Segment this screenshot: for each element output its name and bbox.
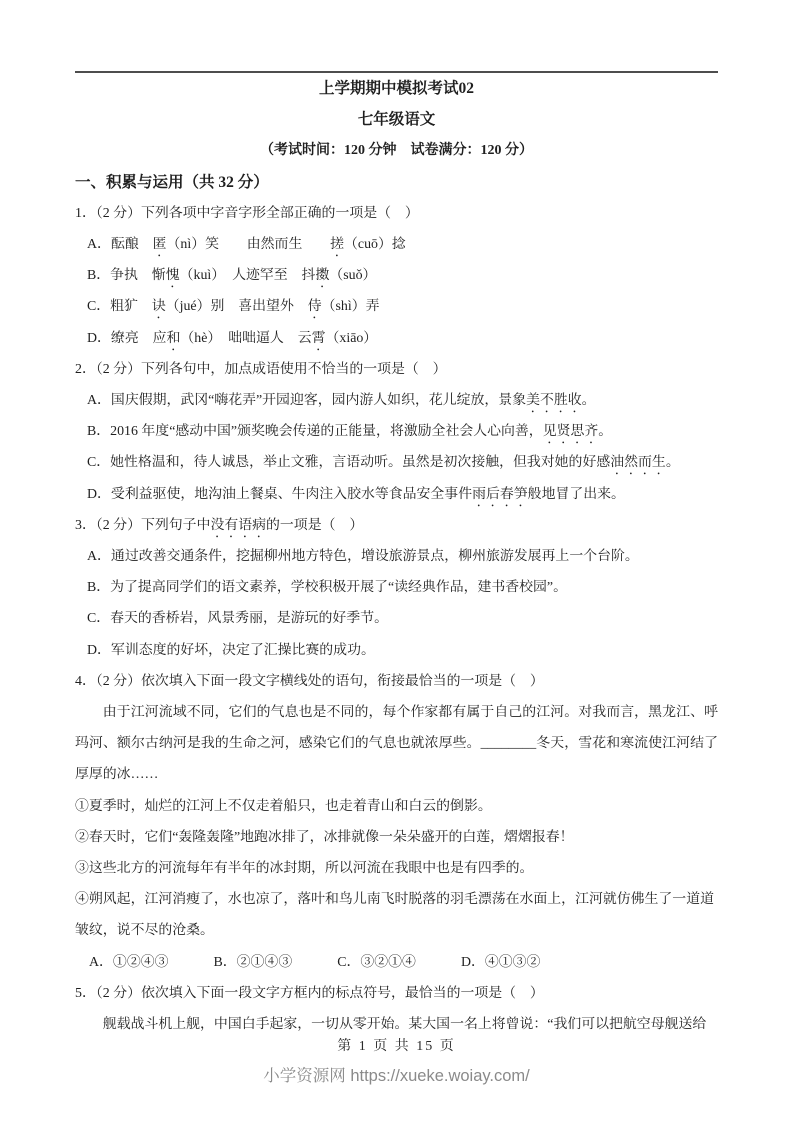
text-run: C．粗犷	[87, 299, 152, 314]
q1-option-a: A．酝酿 匿（nì）笑 由然而生 搓（cuō）捻	[75, 229, 718, 260]
q4-stem: 4．（2 分）依次填入下面一段文字横线处的语句，衔接最恰当的一项是（ ）	[75, 666, 718, 697]
text-run: 2．（2 分）下列各句中，加点成语使用不恰当的一项是（ ）	[75, 362, 447, 377]
emphasized-text: 侍	[308, 299, 322, 314]
text-run: 的一项是（ ）	[266, 518, 363, 533]
text-run: D．缭亮 应	[87, 331, 167, 346]
emphasized-text: 雨后春笋	[472, 487, 528, 502]
text-run: 。	[666, 455, 680, 470]
q1-stem: 1．（2 分）下列各项中字音字形全部正确的一项是（ ）	[75, 198, 718, 229]
text-run: 。	[582, 393, 596, 408]
text-run: （suǒ）	[329, 268, 376, 283]
text-run: （nì）笑 由然而生	[167, 237, 331, 252]
text-run: B．为了提高同学们的语文素养，学校积极开展了“读经典作品，建书香校园”。	[87, 580, 567, 595]
option-item: B．②①④③	[214, 947, 293, 978]
text-run: （jué）别 喜出望外	[166, 299, 308, 314]
emphasized-text: 油然而生	[610, 455, 666, 470]
q2-stem: 2．（2 分）下列各句中，加点成语使用不恰当的一项是（ ）	[75, 354, 718, 385]
q3-option-d: D．军训态度的好坏，决定了汇操比赛的成功。	[75, 635, 718, 666]
emphasized-text: 美不胜收	[526, 393, 582, 408]
exam-paper-page: 上学期期中模拟考试02 七年级语文 （考试时间：120 分钟 试卷满分：120 …	[0, 0, 793, 1122]
text-run: 5．（2 分）依次填入下面一段文字方框内的标点符号，最恰当的一项是（ ）	[75, 986, 544, 1001]
exam-title: 上学期期中模拟考试02	[75, 73, 718, 104]
q4-sentence-3: ③这些北方的河流每年有半年的冰封期，所以河流在我眼中也是有四季的。	[75, 853, 718, 884]
q2-option-d: D．受利益驱使，地沟油上餐桌、牛肉注入胶水等食品安全事件雨后春笋般地冒了出来。	[75, 479, 718, 510]
text-run: 。	[598, 424, 612, 439]
text-run: 4．（2 分）依次填入下面一段文字横线处的语句，衔接最恰当的一项是（ ）	[75, 674, 544, 689]
emphasized-text: 诀	[152, 299, 166, 314]
emphasized-text: 搓	[330, 237, 344, 252]
q4-sentence-1: ①夏季时，灿烂的江河上不仅走着船只，也走着青山和白云的倒影。	[75, 791, 718, 822]
text-run: 般地冒了出来。	[528, 487, 625, 502]
text-run: C．她性格温和，待人诚恳，举止文雅，言语动听。虽然是初次接触，但我对她的好感	[87, 455, 610, 470]
text-run: 舰载战斗机上舰，中国白手起家，一切从零开始。某大国一名上将曾说：“我们可以把航空…	[103, 1017, 706, 1032]
q4-sentence-2: ②春天时，它们“轰隆轰隆”地跑冰排了，冰排就像一朵朵盛开的白莲，熠熠报春！	[75, 822, 718, 853]
q4-sentence-4: ④朔风起，江河消瘦了，水也凉了，落叶和鸟儿南飞时脱落的羽毛漂荡在水面上，江河就仿…	[75, 884, 718, 946]
emphasized-text: 匿	[153, 237, 167, 252]
text-run: 1．（2 分）下列各项中字音字形全部正确的一项是（ ）	[75, 206, 419, 221]
option-item: C．③②①④	[337, 947, 416, 978]
site-watermark: 小学资源网 https://xueke.woiay.com/	[0, 1062, 793, 1086]
q3-option-a: A．通过改善交通条件，挖掘柳州地方特色，增设旅游景点，柳州旅游发展再上一个台阶。	[75, 541, 718, 572]
q1-option-d: D．缭亮 应和（hè） 咄咄逼人 云霄（xiāo）	[75, 323, 718, 354]
text-run: 由于江河流域不同，它们的气息也是不同的，每个作家都有属于自己的江河。对我而言，黑…	[75, 705, 718, 782]
q3-option-c: C．春天的香桥岩，风景秀丽，是游玩的好季节。	[75, 603, 718, 634]
text-run: C．春天的香桥岩，风景秀丽，是游玩的好季节。	[87, 611, 388, 626]
text-run: （cuō）捻	[344, 237, 406, 252]
option-item: D．④①③②	[461, 947, 541, 978]
text-run: ②春天时，它们“轰隆轰隆”地跑冰排了，冰排就像一朵朵盛开的白莲，熠熠报春！	[75, 830, 574, 845]
q2-option-c: C．她性格温和，待人诚恳，举止文雅，言语动听。虽然是初次接触，但我对她的好感油然…	[75, 447, 718, 478]
section-heading: 一、积累与运用（共 32 分）	[75, 167, 718, 198]
exam-subject: 七年级语文	[75, 104, 718, 135]
emphasized-text: 没有语病	[210, 518, 266, 533]
text-run: ①夏季时，灿烂的江河上不仅走着船只，也走着青山和白云的倒影。	[75, 799, 492, 814]
q2-option-b: B．2016 年度“感动中国”颁奖晚会传递的正能量，将激励全社会人心向善，见贤思…	[75, 416, 718, 447]
q5-stem: 5．（2 分）依次填入下面一段文字方框内的标点符号，最恰当的一项是（ ）	[75, 978, 718, 1009]
text-run: 3．（2 分）下列句子中	[75, 518, 210, 533]
question-body: 1．（2 分）下列各项中字音字形全部正确的一项是（ ）A．酝酿 匿（nì）笑 由…	[75, 198, 718, 1040]
text-run: B．争执 惭	[87, 268, 166, 283]
option-item: A．①②④③	[89, 947, 169, 978]
emphasized-text: 霄	[312, 331, 326, 346]
q4-options-row: A．①②④③B．②①④③C．③②①④D．④①③②	[75, 947, 718, 978]
text-run: （hè） 咄咄逼人 云	[180, 331, 311, 346]
q3-option-b: B．为了提高同学们的语文素养，学校积极开展了“读经典作品，建书香校园”。	[75, 572, 718, 603]
text-run: B．2016 年度“感动中国”颁奖晚会传递的正能量，将激励全社会人心向善，	[87, 424, 543, 439]
q1-option-c: C．粗犷 诀（jué）别 喜出望外 侍（shì）弄	[75, 291, 718, 322]
text-run: D．军训态度的好坏，决定了汇操比赛的成功。	[87, 643, 375, 658]
q3-stem: 3．（2 分）下列句子中没有语病的一项是（ ）	[75, 510, 718, 541]
exam-meta: （考试时间：120 分钟 试卷满分：120 分）	[75, 135, 718, 166]
text-run: A．国庆假期，武冈“嗨花弄”开园迎客，园内游人如织，花儿绽放，景象	[87, 393, 526, 408]
text-run: （shì）弄	[322, 299, 380, 314]
q2-option-a: A．国庆假期，武冈“嗨花弄”开园迎客，园内游人如织，花儿绽放，景象美不胜收。	[75, 385, 718, 416]
q4-passage: 由于江河流域不同，它们的气息也是不同的，每个作家都有属于自己的江河。对我而言，黑…	[75, 697, 718, 791]
text-run: D．受利益驱使，地沟油上餐桌、牛肉注入胶水等食品安全事件	[87, 487, 472, 502]
emphasized-text: 愧	[166, 268, 180, 283]
emphasized-text: 见贤思齐	[543, 424, 599, 439]
page-number: 第 1 页 共 15 页	[0, 1035, 793, 1055]
q1-option-b: B．争执 惭愧（kuì） 人迹罕至 抖擞（suǒ）	[75, 260, 718, 291]
text-run: （xiāo）	[326, 331, 378, 346]
text-run: A．通过改善交通条件，挖掘柳州地方特色，增设旅游景点，柳州旅游发展再上一个台阶。	[87, 549, 639, 564]
text-run: ④朔风起，江河消瘦了，水也凉了，落叶和鸟儿南飞时脱落的羽毛漂荡在水面上，江河就仿…	[75, 892, 714, 938]
emphasized-text: 擞	[315, 268, 329, 283]
emphasized-text: 和	[167, 331, 181, 346]
text-run: ③这些北方的河流每年有半年的冰封期，所以河流在我眼中也是有四季的。	[75, 861, 533, 876]
page-content: 上学期期中模拟考试02 七年级语文 （考试时间：120 分钟 试卷满分：120 …	[75, 73, 718, 1040]
text-run: A．酝酿	[87, 237, 153, 252]
text-run: （kuì） 人迹罕至 抖	[180, 268, 316, 283]
